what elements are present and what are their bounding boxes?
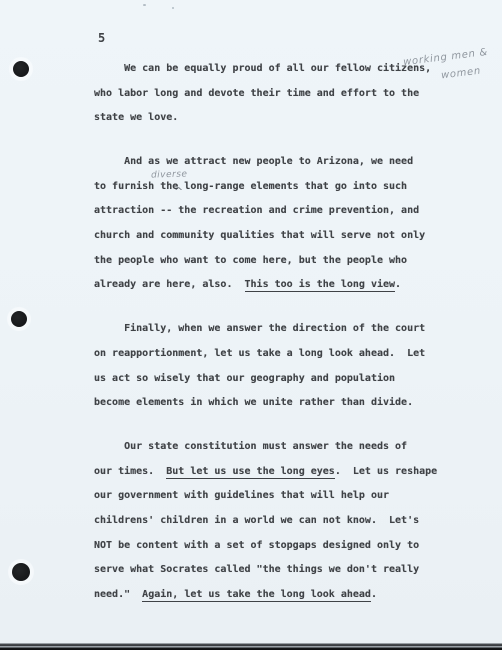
typed-segment: And as we attract new people to Arizona,… xyxy=(94,156,413,167)
typed-line: already are here, also. This too is the … xyxy=(94,273,474,298)
typed-line: state we love. xyxy=(94,106,474,131)
typed-line: become elements in which we unite rather… xyxy=(94,391,474,416)
underlined-phrase: Again, let us take the long look ahead xyxy=(142,589,371,602)
typed-segment: We can be equally proud of all our fello… xyxy=(94,63,431,74)
typed-segment: already are here, also. xyxy=(94,279,245,290)
typed-line: We can be equally proud of all our fello… xyxy=(94,57,474,82)
typed-segment: our government with guidelines that will… xyxy=(94,490,389,501)
typed-segment: to furnish the long-range elements that … xyxy=(94,181,407,192)
typed-segment: . Let us reshape xyxy=(335,466,437,477)
underlined-phrase: But let us use the long eyes xyxy=(166,466,335,479)
typed-segment: the people who want to come here, but th… xyxy=(94,255,407,266)
page-number: 5 xyxy=(98,31,105,45)
typed-segment: need." xyxy=(94,589,142,600)
typed-segment: serve what Socrates called "the things w… xyxy=(94,564,419,575)
paragraph: Finally, when we answer the direction of… xyxy=(94,317,474,415)
typed-line: who labor long and devote their time and… xyxy=(94,82,474,107)
typed-segment: childrens' children in a world we can no… xyxy=(94,515,419,526)
underlined-phrase: This too is the long view xyxy=(245,279,396,292)
typed-segment: . xyxy=(371,589,377,600)
typed-line: church and community qualities that will… xyxy=(94,224,474,249)
typed-segment: church and community qualities that will… xyxy=(94,230,425,241)
typed-segment: attraction -- the recreation and crime p… xyxy=(94,205,419,216)
hole-punch-middle xyxy=(11,311,27,327)
typed-line: need." Again, let us take the long look … xyxy=(94,583,474,608)
typed-line: the people who want to come here, but th… xyxy=(94,249,474,274)
typed-line: attraction -- the recreation and crime p… xyxy=(94,199,474,224)
scan-speck xyxy=(172,7,174,9)
typed-segment: state we love. xyxy=(94,112,178,123)
paragraph: And as we attract new people to Arizona,… xyxy=(94,150,474,298)
typed-line: to furnish the long-range elements that … xyxy=(94,175,474,200)
typed-segment: who labor long and devote their time and… xyxy=(94,88,419,99)
typed-segment: our times. xyxy=(94,466,166,477)
typed-segment: . xyxy=(395,279,401,290)
typed-line: childrens' children in a world we can no… xyxy=(94,509,474,534)
scan-bottom-edge xyxy=(0,643,502,650)
scanned-page: 5 working men & women diverse ^ We can b… xyxy=(0,0,502,650)
paragraph: We can be equally proud of all our fello… xyxy=(94,57,474,131)
paragraph: Our state constitution must answer the n… xyxy=(94,435,474,607)
hole-punch-bottom xyxy=(12,563,30,581)
typed-segment: NOT be content with a set of stopgaps de… xyxy=(94,540,419,551)
typed-line: Our state constitution must answer the n… xyxy=(94,435,474,460)
typed-line: our times. But let us use the long eyes.… xyxy=(94,460,474,485)
typed-line: us act so wisely that our geography and … xyxy=(94,367,474,392)
typed-line: our government with guidelines that will… xyxy=(94,484,474,509)
typed-line: on reapportionment, let us take a long l… xyxy=(94,342,474,367)
typed-line: And as we attract new people to Arizona,… xyxy=(94,150,474,175)
typed-text: We can be equally proud of all our fello… xyxy=(94,57,474,607)
typed-segment: on reapportionment, let us take a long l… xyxy=(94,348,425,359)
typed-line: serve what Socrates called "the things w… xyxy=(94,558,474,583)
typed-segment: us act so wisely that our geography and … xyxy=(94,373,395,384)
typed-line: Finally, when we answer the direction of… xyxy=(94,317,474,342)
typed-segment: Our state constitution must answer the n… xyxy=(94,441,407,452)
hole-punch-top xyxy=(13,61,29,77)
typed-segment: Finally, when we answer the direction of… xyxy=(94,323,425,334)
typed-line: NOT be content with a set of stopgaps de… xyxy=(94,534,474,559)
scan-speck xyxy=(143,4,146,6)
typed-segment: become elements in which we unite rather… xyxy=(94,397,413,408)
